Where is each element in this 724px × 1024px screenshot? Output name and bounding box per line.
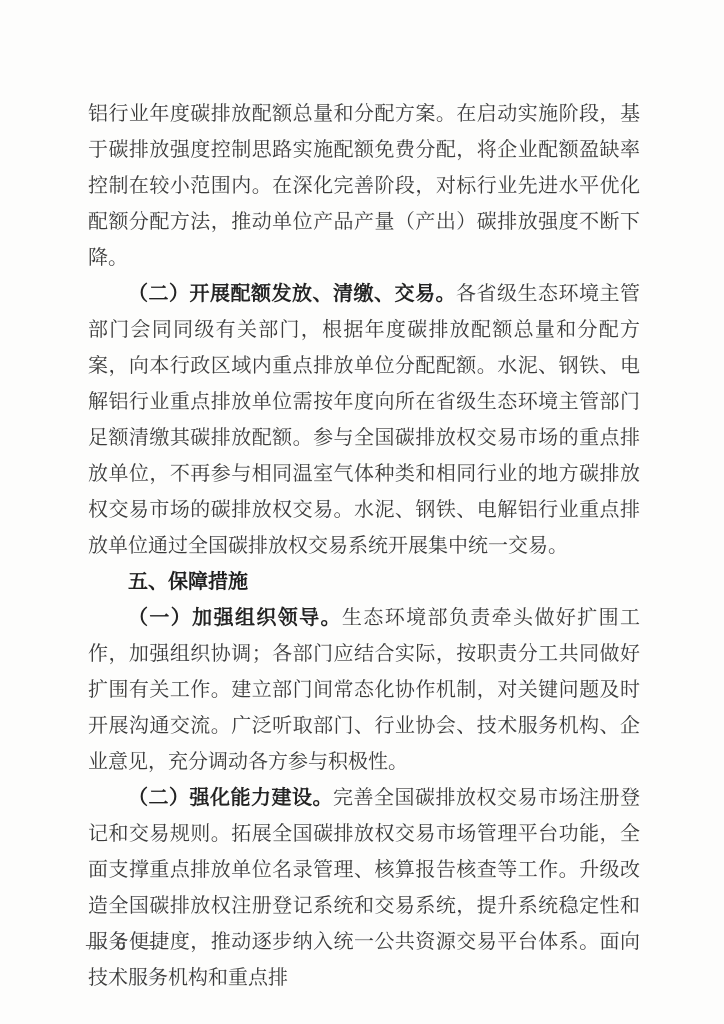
- paragraph-lead: （一）加强组织领导。: [128, 607, 342, 629]
- paragraph-text: 完善全国碳排放权交易市场注册登记和交易规则。拓展全国碳排放权交易市场管理平台功能…: [88, 787, 640, 989]
- section-heading: 五、保障措施: [88, 564, 640, 600]
- body-paragraph: （二）强化能力建设。完善全国碳排放权交易市场注册登记和交易规则。拓展全国碳排放权…: [88, 780, 640, 996]
- paragraph-text: 生态环境部负责牵头做好扩围工作，加强组织协调；各部门应结合实际，按职责分工共同做…: [88, 607, 640, 773]
- document-page: 铝行业年度碳排放配额总量和分配方案。在启动实施阶段，基于碳排放强度控制思路实施配…: [0, 0, 724, 1024]
- body-paragraph: 铝行业年度碳排放配额总量和分配方案。在启动实施阶段，基于碳排放强度控制思路实施配…: [88, 96, 640, 276]
- paragraph-text: 铝行业年度碳排放配额总量和分配方案。在启动实施阶段，基于碳排放强度控制思路实施配…: [88, 103, 640, 269]
- paragraph-lead: （二）开展配额发放、清缴、交易。: [128, 283, 456, 305]
- paragraph-text: 各省级生态环境主管部门会同同级有关部门，根据年度碳排放配额总量和分配方案，向本行…: [88, 283, 640, 557]
- paragraph-lead: （二）强化能力建设。: [128, 787, 333, 809]
- body-paragraph: （二）开展配额发放、清缴、交易。各省级生态环境主管部门会同同级有关部门，根据年度…: [88, 276, 640, 564]
- document-body: 铝行业年度碳排放配额总量和分配方案。在启动实施阶段，基于碳排放强度控制思路实施配…: [88, 96, 640, 996]
- body-paragraph: （一）加强组织领导。生态环境部负责牵头做好扩围工作，加强组织协调；各部门应结合实…: [88, 600, 640, 780]
- page-number: — 6 —: [86, 930, 160, 958]
